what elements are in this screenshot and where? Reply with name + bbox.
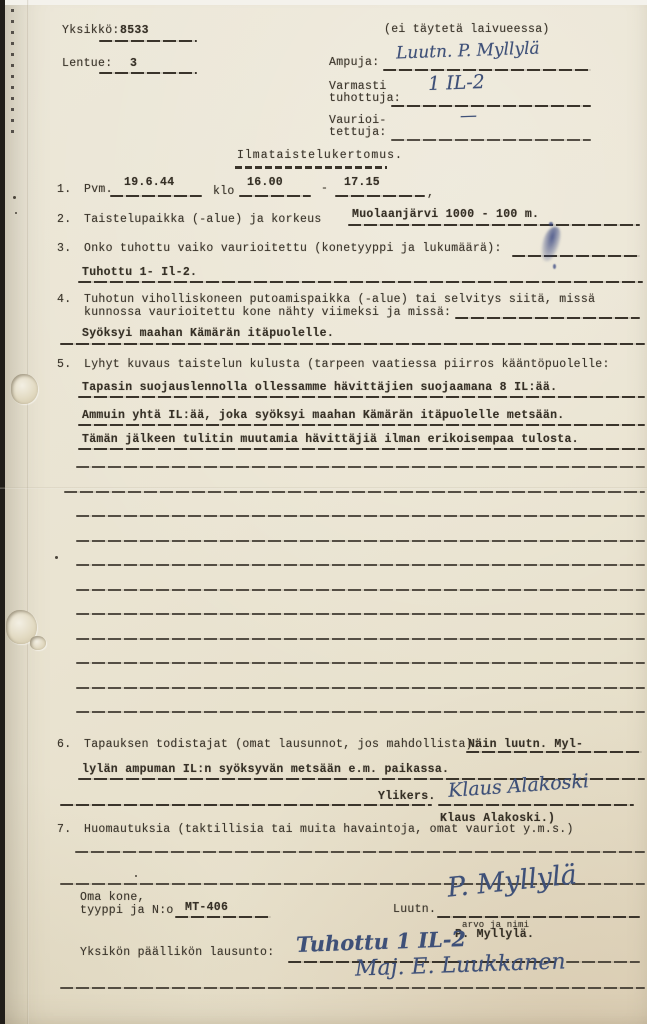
q1-klo-label: klo — [213, 185, 235, 199]
q3-answer-value: Tuhottu 1- Il-2. — [82, 266, 197, 280]
q7-label: Huomautuksia (taktillisia tai muita hava… — [84, 823, 574, 837]
own-plane-value: MT-406 — [185, 901, 228, 915]
q5-label: Lyhyt kuvaus taistelun kulusta (tarpeen … — [84, 358, 610, 372]
scanned-combat-report-page: Yksikkö: 8533 Lentue: 3 (ei täytetä laiv… — [0, 0, 647, 1024]
ruled-line — [76, 515, 645, 517]
punch-hole — [11, 374, 38, 404]
q5-number: 5. — [57, 358, 71, 372]
q6-answer-start-underline — [466, 751, 642, 753]
witness-signature: Klaus Alakoski — [447, 770, 589, 802]
q3-answer-underline — [78, 281, 643, 283]
q4-number: 4. — [57, 293, 71, 307]
q1-time-end-underline — [335, 195, 425, 197]
ink-smudge — [538, 224, 563, 263]
q4-answer-value: Syöksyi maahan Kämärän itäpuolelle. — [82, 327, 334, 341]
shooter-handwritten-value: Luutn. P. Myllylä — [396, 38, 540, 63]
q5-underline-2 — [78, 424, 645, 426]
flight-value: 3 — [130, 57, 137, 71]
pilot-signature-underline — [437, 916, 640, 918]
shooter-label: Ampuja: — [329, 56, 379, 70]
confirmed-kills-label-2: tuhottuja: — [329, 92, 401, 106]
flight-underline — [99, 72, 197, 74]
flight-label: Lentue: — [62, 57, 112, 71]
not-filled-in-squadron-note: (ei täytetä laivueessa) — [384, 23, 550, 37]
q6-answer-continued: lylän ampuman IL:n syöksyvän metsään e.m… — [82, 763, 449, 777]
q2-number: 2. — [57, 213, 71, 227]
confirmed-kills-handwritten-value: 1 IL-2 — [428, 71, 485, 95]
commander-statement-underline-right — [566, 961, 640, 963]
q1-time-start-value: 16.00 — [247, 176, 283, 190]
q7-number: 7. — [57, 823, 71, 837]
bottom-ruled-line — [60, 987, 645, 989]
q5-underline-1 — [78, 396, 645, 398]
ink-smudge — [549, 222, 553, 226]
q2-underline — [348, 224, 640, 226]
q1-comma: , — [427, 187, 434, 201]
ink-smudge — [553, 264, 556, 269]
q2-answer-value: Muolaanjärvi 1000 - 100 m. — [352, 208, 539, 222]
ruled-line — [76, 711, 645, 713]
q4-label-line2: kunnossa vaurioitettu kone nähty viimeks… — [84, 306, 451, 320]
unit-value: 8533 — [120, 24, 149, 38]
ruled-line — [76, 466, 645, 468]
q3-number: 3. — [57, 242, 71, 256]
ruled-line — [76, 564, 645, 566]
paper-speck — [13, 196, 16, 199]
q6-number: 6. — [57, 738, 71, 752]
ruled-line — [76, 687, 645, 689]
q5-underline-3 — [78, 448, 645, 450]
pilot-name-typed: P. Myllylä. — [455, 928, 534, 942]
witness-underline-right — [438, 804, 634, 806]
q1-time-dash: - — [321, 182, 328, 196]
q1-number: 1. — [57, 183, 71, 197]
witness-underline-left — [60, 804, 432, 806]
q1-time-start-underline — [239, 195, 311, 197]
ruled-line — [76, 662, 645, 664]
ruled-line — [76, 540, 645, 542]
pilot-signature: P. Myllylä — [446, 859, 579, 903]
q1-time-end-value: 17.15 — [344, 176, 380, 190]
damaged-underline — [391, 139, 591, 141]
paper-speck — [55, 556, 58, 559]
commander-statement-label: Yksikön päällikön lausunto: — [80, 946, 274, 960]
ruled-line — [76, 638, 645, 640]
q3-underline — [512, 255, 640, 257]
damaged-label-2: tettuja: — [329, 126, 387, 140]
paper-speck — [15, 212, 17, 214]
scan-top-strip — [4, 0, 647, 5]
unit-label: Yksikkö: — [62, 24, 120, 38]
ruled-line — [64, 491, 645, 493]
own-plane-underline — [175, 916, 271, 918]
q1-date-value: 19.6.44 — [124, 176, 174, 190]
confirmed-kills-underline — [391, 105, 591, 107]
punch-hole — [30, 636, 46, 650]
own-plane-label-line2: tyyppi ja N:o — [80, 904, 174, 918]
q5-answer-line2: Ammuin yhtä IL:ää, joka syöksyi maahan K… — [82, 409, 564, 423]
q6-label: Tapauksen todistajat (omat lausunnot, jo… — [84, 738, 480, 752]
q4-answer-underline — [60, 343, 645, 345]
perforation-dots — [11, 9, 14, 141]
paper-speck — [135, 875, 137, 877]
q4-underline — [455, 317, 640, 319]
q3-label: Onko tuhottu vaiko vaurioitettu (konetyy… — [84, 242, 502, 256]
ruled-line — [76, 589, 645, 591]
paper-crease-vertical — [27, 0, 29, 1024]
form-title: Ilmataistelukertomus. — [237, 149, 403, 163]
pilot-rank-label: Luutn. — [393, 903, 436, 917]
witness-rank-label: Ylikers. — [378, 790, 436, 804]
damaged-handwritten-value: — — [460, 106, 478, 127]
ruled-line — [76, 613, 645, 615]
scan-left-edge — [0, 0, 5, 1024]
commander-statement-handwritten: Tuhottu 1 IL-2 — [296, 926, 467, 957]
commander-signature: Maj. E. Luukkanen — [355, 949, 566, 981]
q5-answer-line3: Tämän jälkeen tulitin muutamia hävittäji… — [82, 433, 579, 447]
q5-answer-line1: Tapasin suojauslennolla ollessamme hävit… — [82, 381, 557, 395]
form-title-underline — [235, 166, 387, 169]
paper-crease-horizontal — [0, 487, 647, 489]
q2-label: Taistelupaikka (-alue) ja korkeus — [84, 213, 322, 227]
q1-date-underline — [110, 195, 202, 197]
q1-date-label: Pvm. — [84, 183, 113, 197]
q7-ruled-line-1 — [75, 851, 645, 853]
shooter-underline — [383, 69, 591, 71]
unit-underline — [99, 40, 197, 42]
